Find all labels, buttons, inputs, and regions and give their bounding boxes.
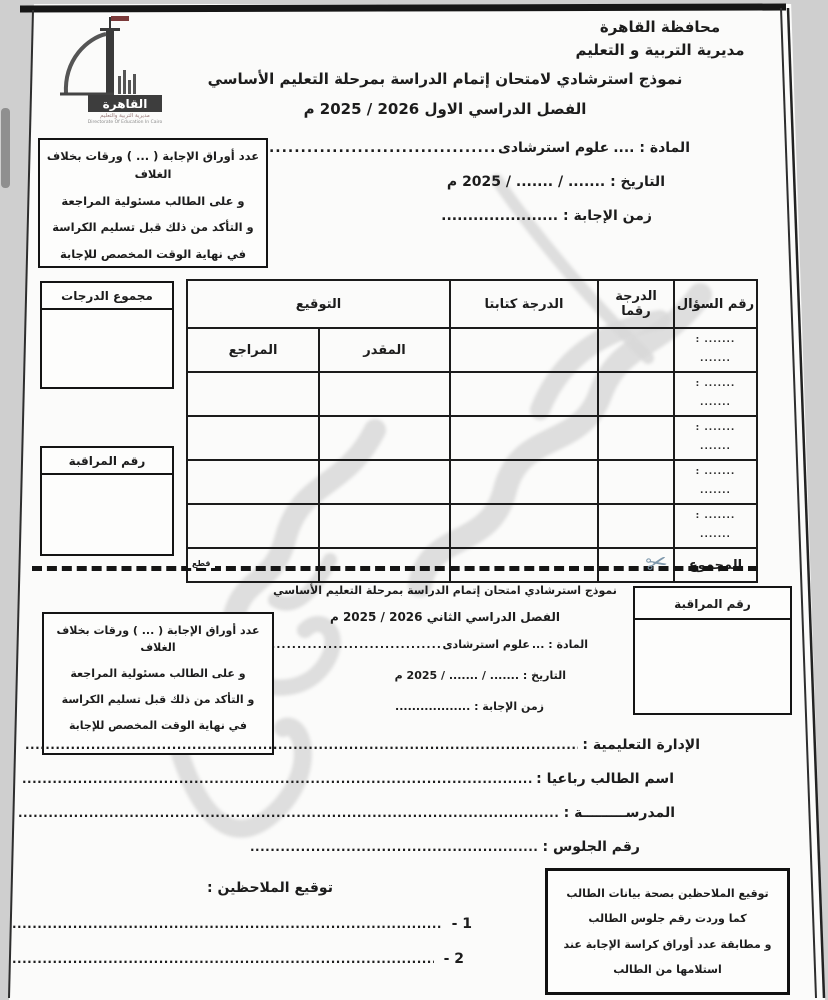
org-block: محافظة القاهرة مديرية التربية و التعليم (545, 16, 775, 63)
notice-line: في نهاية الوقت المخصص للإجابة (46, 246, 260, 264)
table-row: : ....... ....... (187, 372, 757, 416)
estimator-sign-cell (319, 504, 450, 548)
notice-line: عدد أوراق الإجابة ( ... ) ورقات بخلاف ال… (46, 148, 260, 184)
question-cell: : ....... ....... (674, 416, 757, 460)
verify-line: كما وردت رقم جلوس الطالب (552, 912, 783, 925)
observer-signature-line-1: ........................................… (12, 916, 472, 942)
stub-form-title: نموذج استرشادي امتحان إتمام الدراسة بمرح… (230, 584, 660, 597)
field-dots: ........................................… (250, 840, 538, 854)
stub-subject-label: المادة : ... (532, 638, 588, 651)
notice-line: و التأكد من ذلك قبل تسليم الكراسة (50, 691, 266, 708)
question-dots: ....... (675, 394, 756, 413)
grade-numeric-cell (598, 416, 674, 460)
time-text: زمن الإجابة : ...................... (441, 208, 652, 224)
observers-verification-box: توقيع الملاحظين بصحة بيانات الطالب كما و… (545, 868, 790, 995)
field-dots: ........................................… (22, 772, 532, 786)
question-dots: ....... (675, 482, 756, 501)
col-question-no: رقم السؤال (674, 280, 757, 328)
signature-dots: ........................................… (12, 952, 434, 966)
stub-subject-value: علوم استرشادى (442, 638, 529, 651)
field-dots: ........................................… (18, 806, 560, 820)
table-row: : ....... ....... المقدر المراجع (187, 328, 757, 372)
logo-caption-en: Directorate Of Education In Cairo (88, 119, 163, 124)
field-student-name: ........................................… (22, 771, 674, 797)
question-dots: ....... (675, 438, 756, 457)
scrollbar-thumb[interactable] (1, 108, 10, 188)
question-dots: : ....... (675, 375, 756, 394)
reviewer-sign-cell (187, 416, 319, 460)
logo-caption-ar: مديرية التربية والتعليم (100, 113, 150, 119)
field-school: ........................................… (18, 805, 675, 831)
grades-header-row: رقم السؤال الدرجة رقما الدرجة كتابتا الت… (187, 280, 757, 328)
observer-2-number: - 2 (444, 951, 464, 967)
table-row: : ....... ....... (187, 504, 757, 548)
directorate-name: مديرية التربية و التعليم (545, 39, 775, 62)
grades-table: رقم السؤال الدرجة رقما الدرجة كتابتا الت… (186, 279, 758, 583)
subject-value: علوم استرشادى (498, 140, 609, 156)
stub-subject-line: المادة : ... علوم استرشادى .............… (240, 638, 588, 669)
grade-words-cell (450, 504, 598, 548)
observer-1-number: - 1 (452, 916, 472, 932)
field-dots: ........................................… (25, 738, 578, 752)
grade-numeric-cell (598, 372, 674, 416)
stub-semester-line: الفصل الدراسي الثاني 2026 / 2025 م (230, 610, 660, 624)
field-school-label: المدرســـــــــة : (564, 805, 675, 821)
total-grades-box: مجموع الدرجات (40, 281, 174, 389)
answer-sheets-notice-box-upper: عدد أوراق الإجابة ( ... ) ورقات بخلاف ال… (38, 138, 268, 268)
subject-label: المادة : .... (613, 140, 690, 156)
governorate-name: محافظة القاهرة (545, 16, 775, 39)
verify-line: و مطابقة عدد أوراق كراسة الإجابة عند (552, 938, 783, 951)
stub-date-text: التاريخ : ....... / ....... / 2025 م (395, 669, 566, 682)
subject-line: المادة : .... علوم استرشادى ............… (250, 140, 690, 174)
table-row: : ....... ....... (187, 416, 757, 460)
notice-line: عدد أوراق الإجابة ( ... ) ورقات بخلاف ال… (50, 622, 266, 656)
scanned-exam-form-page: القاهرة مديرية التربية والتعليم Director… (0, 0, 828, 1000)
total-grades-label: مجموع الدرجات (42, 283, 172, 310)
verify-line: توقيع الملاحظين بصحة بيانات الطالب (552, 887, 783, 900)
question-dots: : ....... (675, 419, 756, 438)
notice-line: و على الطالب مسئولية المراجعة (50, 665, 266, 682)
notice-line: و على الطالب مسئولية المراجعة (46, 193, 260, 211)
estimator-sign-cell (319, 416, 450, 460)
table-row: : ....... ....... (187, 460, 757, 504)
field-admin: ........................................… (25, 737, 700, 763)
signature-dots: ........................................… (12, 917, 442, 931)
grade-words-cell (450, 328, 598, 372)
logo-wordmark: القاهرة (103, 97, 148, 111)
reviewer-sign-cell (187, 460, 319, 504)
notice-line: و التأكد من ذلك قبل تسليم الكراسة (46, 219, 260, 237)
date-line: التاريخ : ....... / ....... / 2025 م (250, 174, 690, 208)
question-cell: : ....... ....... (674, 372, 757, 416)
estimator-sign-cell (319, 460, 450, 504)
stub-time-line: زمن الإجابة : .................. (240, 700, 588, 731)
grade-words-cell (450, 416, 598, 460)
question-dots: : ....... (675, 507, 756, 526)
monitoring-number-box-upper: رقم المراقبة (40, 446, 174, 556)
grade-words-cell (450, 372, 598, 416)
total-label: المجموع (674, 548, 757, 582)
time-line: زمن الإجابة : ...................... (250, 208, 690, 242)
monitoring-number-box-lower: رقم المراقبة (633, 586, 792, 715)
notice-line: في نهاية الوقت المخصص للإجابة (50, 717, 266, 734)
question-dots: ....... (675, 526, 756, 545)
stub-exam-meta: المادة : ... علوم استرشادى .............… (240, 638, 588, 731)
field-admin-label: الإدارة التعليمية : (582, 737, 700, 753)
monitoring-number-label: رقم المراقبة (42, 448, 172, 475)
col-signature: التوقيع (187, 280, 450, 328)
field-seat-number: ........................................… (250, 839, 640, 865)
grade-numeric-line2: رقما (599, 304, 673, 319)
stub-time-text: زمن الإجابة : .................. (395, 700, 544, 713)
question-dots: ....... (675, 350, 756, 369)
grade-numeric-cell (598, 328, 674, 372)
total-estimator-cell (319, 548, 450, 582)
grade-numeric-line1: الدرجة (599, 289, 673, 304)
col-grade-numeric: الدرجة رقما (598, 280, 674, 328)
col-grade-words: الدرجة كتابتا (450, 280, 598, 328)
form-title: نموذج استرشادي لامتحان إتمام الدراسة بمر… (150, 70, 740, 88)
subject-dots: ........................................… (250, 140, 494, 156)
reviewer-label: المراجع (187, 328, 319, 372)
estimator-sign-cell (319, 372, 450, 416)
grade-words-cell (450, 460, 598, 504)
question-dots: : ....... (675, 331, 756, 350)
stub-date-line: التاريخ : ....... / ....... / 2025 م (240, 669, 588, 700)
reviewer-sign-cell (187, 504, 319, 548)
total-row: المجموع (187, 548, 757, 582)
question-dots: : ....... (675, 463, 756, 482)
question-cell: : ....... ....... (674, 460, 757, 504)
question-cell: : ....... ....... (674, 328, 757, 372)
field-student-name-label: اسم الطالب رباعيا : (536, 771, 674, 787)
grade-numeric-cell (598, 504, 674, 548)
observers-signature-label: توقيع الملاحظين : (200, 880, 340, 896)
cut-label: قطع (188, 559, 215, 568)
grade-numeric-cell (598, 460, 674, 504)
date-text: التاريخ : ....... / ....... / 2025 م (447, 174, 665, 190)
exam-meta: المادة : .... علوم استرشادى ............… (250, 140, 690, 242)
total-words-cell (450, 548, 598, 582)
answer-sheets-notice-box-lower: عدد أوراق الإجابة ( ... ) ورقات بخلاف ال… (42, 612, 274, 755)
observer-signature-line-2: ........................................… (12, 951, 464, 977)
estimator-label: المقدر (319, 328, 450, 372)
question-cell: : ....... ....... (674, 504, 757, 548)
field-seat-number-label: رقم الجلوس : (542, 839, 640, 855)
reviewer-sign-cell (187, 372, 319, 416)
semester-line: الفصل الدراسي الاول 2026 / 2025 م (150, 100, 740, 118)
verify-line: استلامها من الطالب (552, 963, 783, 976)
monitoring-number-label: رقم المراقبة (635, 588, 790, 620)
